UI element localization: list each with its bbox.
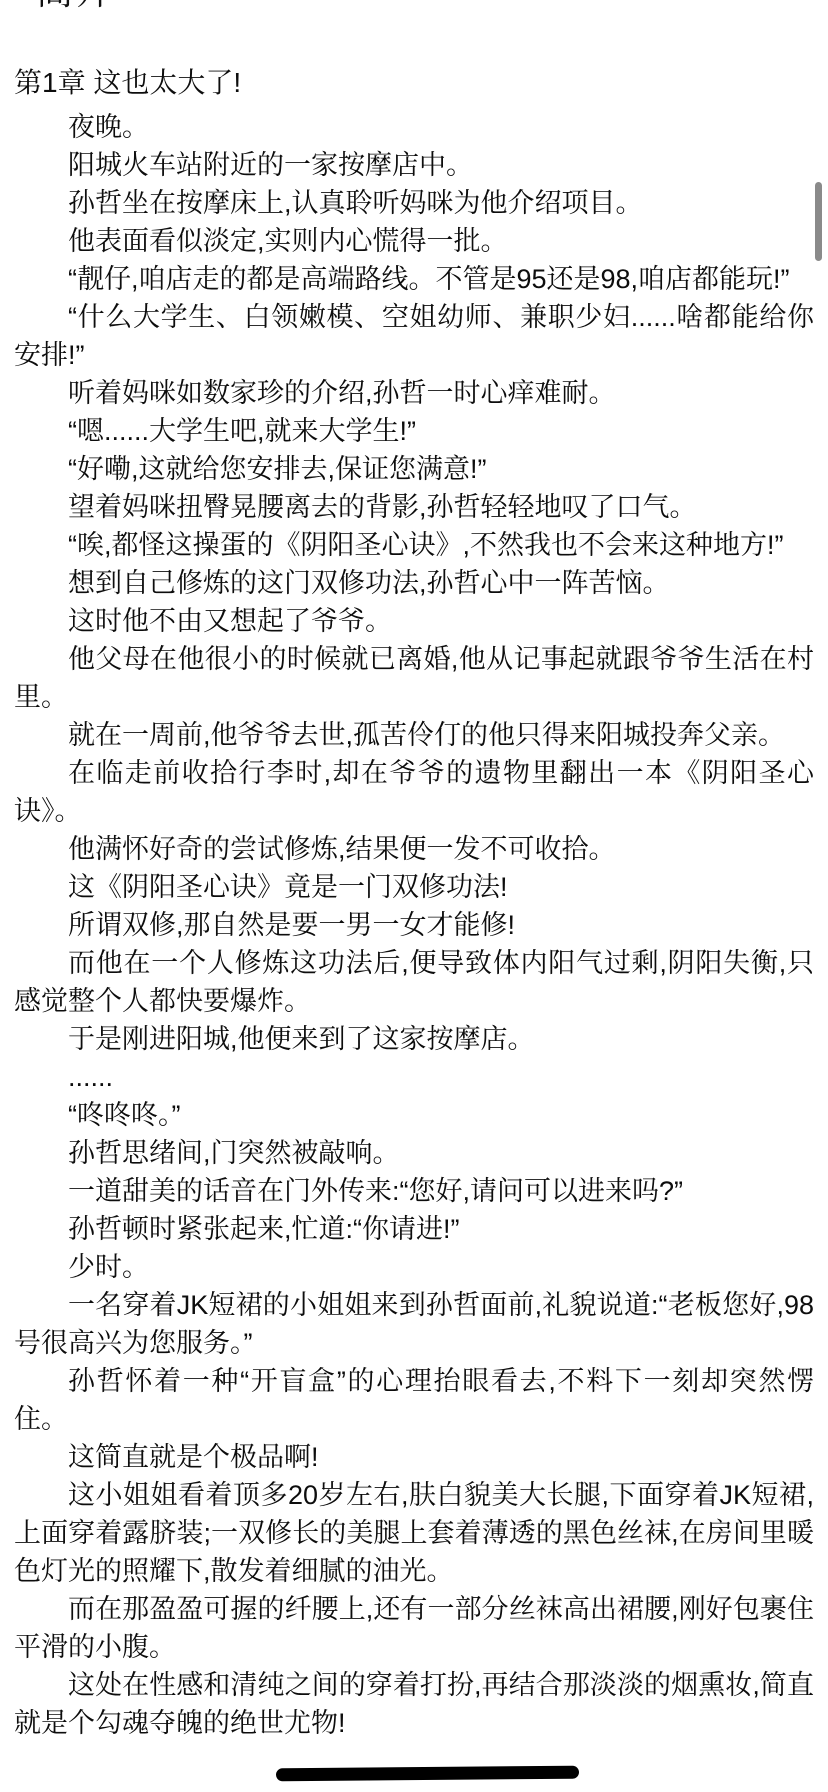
paragraph: 而在那盈盈可握的纤腰上,还有一部分丝袜高出裙腰,刚好包裹住平滑的小腹。 xyxy=(14,1590,814,1666)
paragraph: “什么大学生、白领嫩模、空姐幼师、兼职少妇......啥都能给你安排!” xyxy=(14,298,814,374)
paragraph: 孙哲怀着一种“开盲盒”的心理抬眼看去,不料下一刻却突然愣住。 xyxy=(14,1362,814,1438)
paragraph: “咚咚咚。” xyxy=(14,1096,814,1134)
paragraph: 这处在性感和清纯之间的穿着打扮,再结合那淡淡的烟熏妆,简直就是个勾魂夺魄的绝世尤… xyxy=(14,1666,814,1742)
paragraph: 他父母在他很小的时候就已离婚,他从记事起就跟爷爷生活在村里。 xyxy=(14,640,814,716)
paragraph: 所谓双修,那自然是要一男一女才能修! xyxy=(14,906,814,944)
paragraph: 于是刚进阳城,他便来到了这家按摩店。 xyxy=(14,1020,814,1058)
paragraph: 望着妈咪扭臀晃腰离去的背影,孙哲轻轻地叹了口气。 xyxy=(14,488,814,526)
paragraph: “好嘞,这就给您安排去,保证您满意!” xyxy=(14,450,814,488)
paragraph: 就在一周前,他爷爷去世,孤苦伶仃的他只得来阳城投奔父亲。 xyxy=(14,716,814,754)
paragraph: 他满怀好奇的尝试修炼,结果便一发不可收拾。 xyxy=(14,830,814,868)
paragraph: 一道甜美的话音在门外传来:“您好,请问可以进来吗?” xyxy=(14,1172,814,1210)
paragraph: 孙哲思绪间,门突然被敲响。 xyxy=(14,1134,814,1172)
paragraph: 这小姐姐看着顶多20岁左右,肤白貌美大长腿,下面穿着JK短裙,上面穿着露脐装;一… xyxy=(14,1476,814,1590)
paragraph: “唉,都怪这操蛋的《阴阳圣心诀》,不然我也不会来这种地方!” xyxy=(14,526,814,564)
chapter-body: 夜晚。阳城火车站附近的一家按摩店中。孙哲坐在按摩床上,认真聆听妈咪为他介绍项目。… xyxy=(14,108,814,1742)
paragraph: “靓仔,咱店走的都是高端路线。不管是95还是98,咱店都能玩!” xyxy=(14,260,814,298)
paragraph: 孙哲坐在按摩床上,认真聆听妈咪为他介绍项目。 xyxy=(14,184,814,222)
reader-page: 高升 第1章 这也太大了! 夜晚。阳城火车站附近的一家按摩店中。孙哲坐在按摩床上… xyxy=(0,0,828,1792)
paragraph: 少时。 xyxy=(14,1248,814,1286)
paragraph: 阳城火车站附近的一家按摩店中。 xyxy=(14,146,814,184)
paragraph: ...... xyxy=(14,1058,814,1096)
paragraph: 孙哲顿时紧张起来,忙道:“你请进!” xyxy=(14,1210,814,1248)
paragraph: 想到自己修炼的这门双修功法,孙哲心中一阵苦恼。 xyxy=(14,564,814,602)
paragraph: 夜晚。 xyxy=(14,108,814,146)
chapter-title: 第1章 这也太大了! xyxy=(14,64,814,102)
paragraph: 在临走前收拾行李时,却在爷爷的遗物里翻出一本《阴阳圣心诀》。 xyxy=(14,754,814,830)
marker-underline-annotation xyxy=(276,1766,579,1782)
prev-page-text-fragment: 高升 xyxy=(36,0,114,12)
chapter-content: 第1章 这也太大了! 夜晚。阳城火车站附近的一家按摩店中。孙哲坐在按摩床上,认真… xyxy=(14,64,814,1742)
paragraph: “嗯......大学生吧,就来大学生!” xyxy=(14,412,814,450)
paragraph: 这简直就是个极品啊! xyxy=(14,1438,814,1476)
paragraph: 而他在一个人修炼这功法后,便导致体内阳气过剩,阴阳失衡,只感觉整个人都快要爆炸。 xyxy=(14,944,814,1020)
paragraph: 这《阴阳圣心诀》竟是一门双修功法! xyxy=(14,868,814,906)
paragraph: 他表面看似淡定,实则内心慌得一批。 xyxy=(14,222,814,260)
paragraph: 一名穿着JK短裙的小姐姐来到孙哲面前,礼貌说道:“老板您好,98号很高兴为您服务… xyxy=(14,1286,814,1362)
paragraph: 这时他不由又想起了爷爷。 xyxy=(14,602,814,640)
scrollbar-thumb[interactable] xyxy=(815,182,822,261)
paragraph: 听着妈咪如数家珍的介绍,孙哲一时心痒难耐。 xyxy=(14,374,814,412)
